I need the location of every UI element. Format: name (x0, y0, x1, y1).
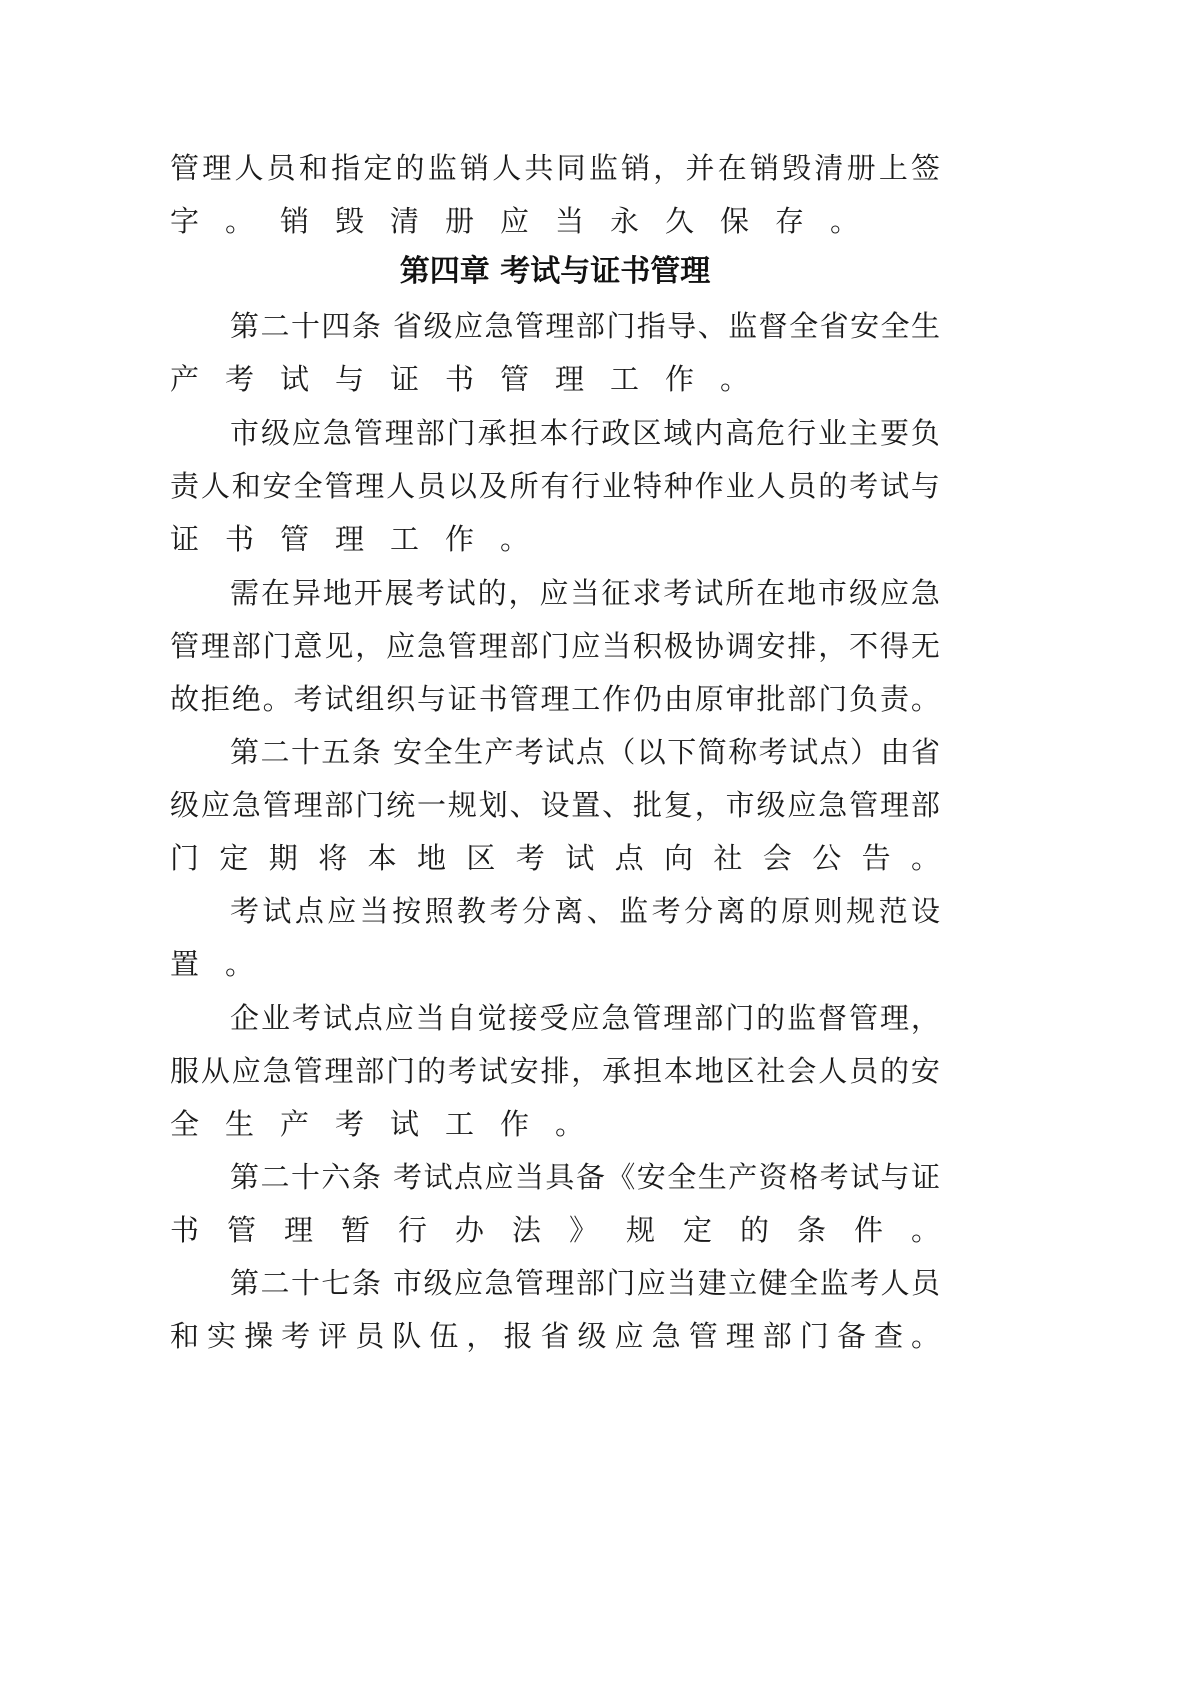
text-line: 级应急管理部门统一规划、设置、批复，市级应急管理部 (170, 783, 950, 827)
paragraph-start: 企业考试点应当自觉接受应急管理部门的监督管理， (230, 996, 950, 1040)
text-line: 管理人员和指定的监销人共同监销，并在销毁清册上签 (170, 146, 950, 190)
paragraph-start: 市级应急管理部门承担本行政区域内高危行业主要负 (230, 411, 950, 455)
text-line: 产考试与证书管理工作。 (170, 357, 950, 401)
article-26-start: 第二十六条 考试点应当具备《安全生产资格考试与证 (230, 1155, 950, 1199)
article-24-start: 第二十四条 省级应急管理部门指导、监督全省安全生 (230, 304, 950, 348)
paragraph-start: 需在异地开展考试的，应当征求考试所在地市级应急 (230, 571, 950, 615)
text-line: 服从应急管理部门的考试安排，承担本地区社会人员的安 (170, 1049, 950, 1093)
text-line: 故拒绝。考试组织与证书管理工作仍由原审批部门负责。 (170, 677, 950, 721)
text-line: 责人和安全管理人员以及所有行业特种作业人员的考试与 (170, 464, 950, 508)
text-line: 管理部门意见，应急管理部门应当积极协调安排，不得无 (170, 624, 950, 668)
chapter-heading: 第四章 考试与证书管理 (0, 250, 1110, 294)
article-25-start: 第二十五条 安全生产考试点（以下简称考试点）由省 (230, 730, 950, 774)
text-line: 字。销毁清册应当永久保存。 (170, 199, 950, 243)
text-line: 证书管理工作。 (170, 517, 950, 561)
text-line: 书管理暂行办法》规定的条件。 (170, 1208, 950, 1252)
text-line: 门定期将本地区考试点向社会公告。 (170, 836, 950, 880)
text-line: 全生产考试工作。 (170, 1102, 950, 1146)
article-27-start: 第二十七条 市级应急管理部门应当建立健全监考人员 (230, 1261, 950, 1305)
paragraph-start: 考试点应当按照教考分离、监考分离的原则规范设 (230, 889, 950, 933)
text-line: 置。 (170, 942, 950, 986)
text-line: 和实操考评员队伍，报省级应急管理部门备查。 (170, 1314, 950, 1358)
document-page: 管理人员和指定的监销人共同监销，并在销毁清册上签 字。销毁清册应当永久保存。 第… (0, 0, 1190, 1683)
